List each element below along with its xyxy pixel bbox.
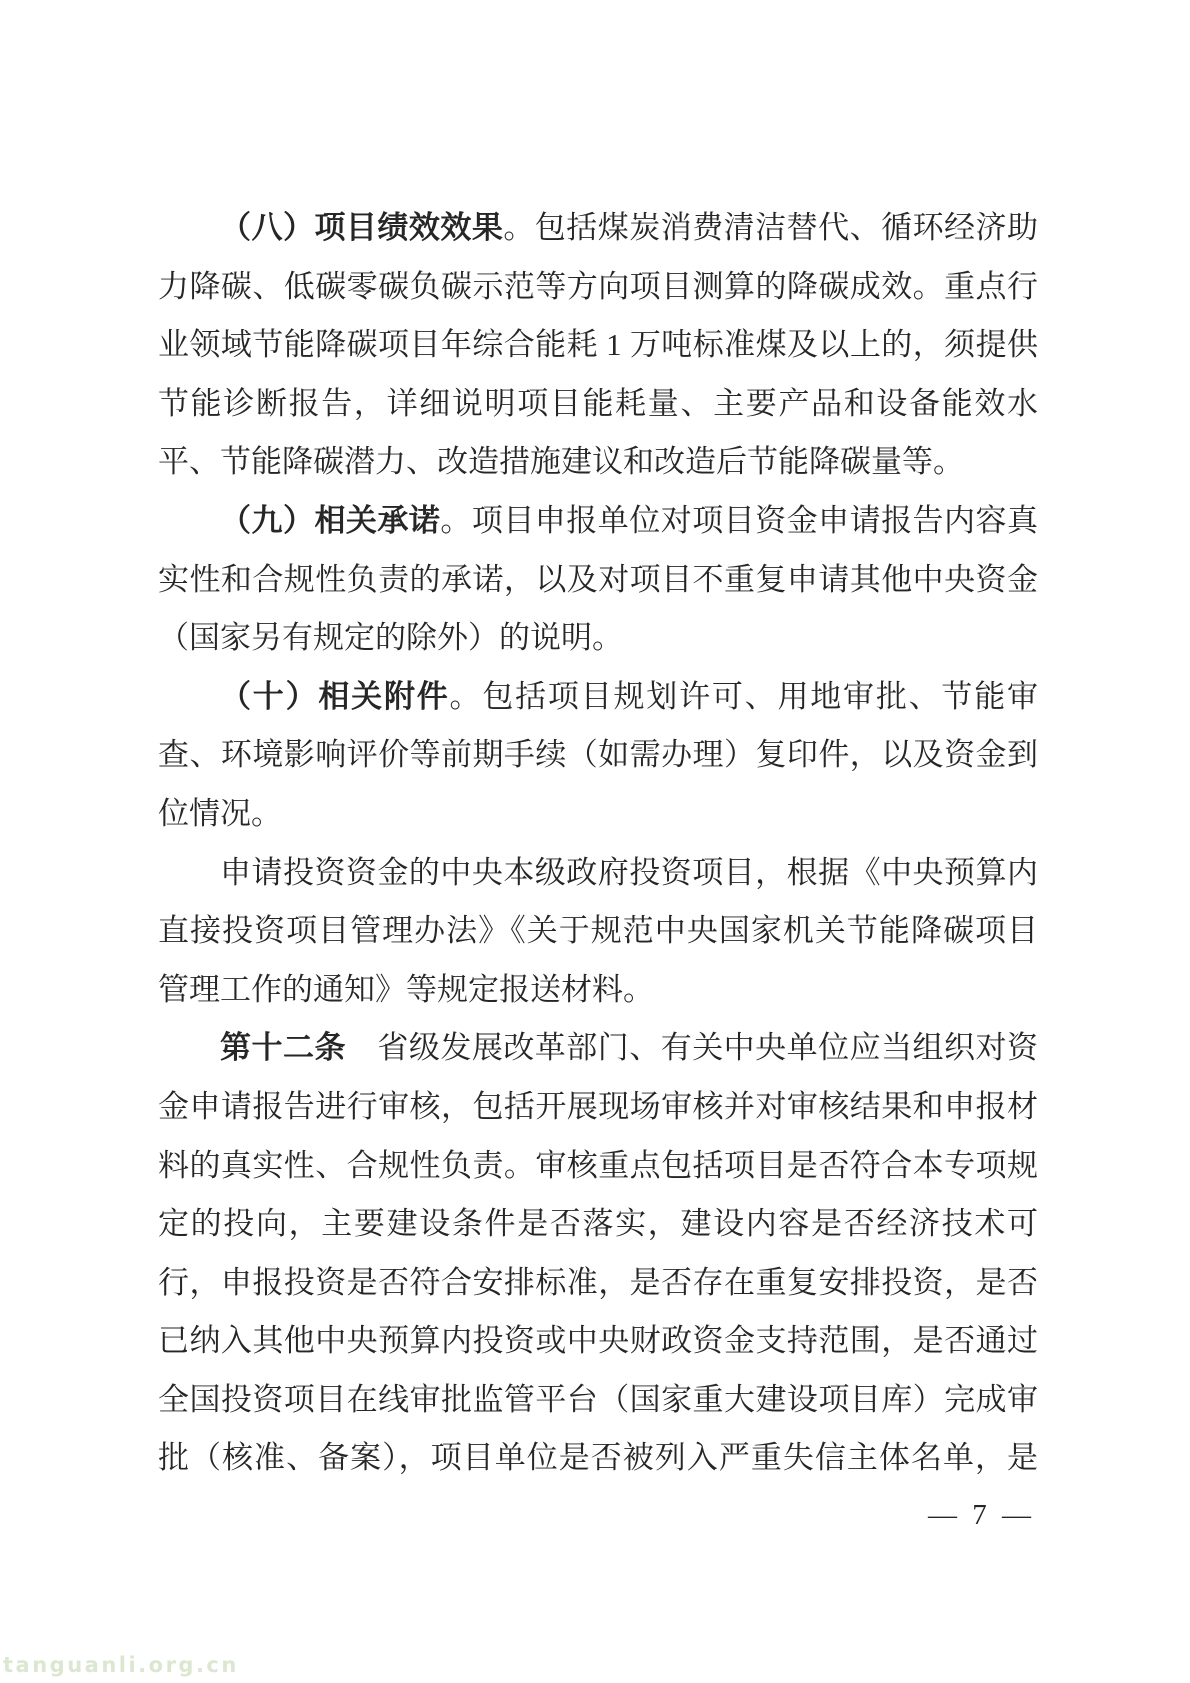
line-text: 申请投资资金的中央本级政府投资项目，根据《中央预算内 [220, 855, 1038, 890]
text-line: 料的真实性、合规性负责。审核重点包括项目是否符合本专项规 [158, 1137, 1038, 1196]
line-text: 省级发展改革部门、有关中央单位应当组织对资 [346, 1030, 1038, 1065]
line-text: 全国投资项目在线审批监管平台（国家重大建设项目库）完成审 [158, 1382, 1038, 1417]
text-line: 管理工作的通知》等规定报送材料。 [158, 961, 1038, 1020]
text-line: 实性和合规性负责的承诺，以及对项目不重复申请其他中央资金 [158, 551, 1038, 610]
text-line: 力降碳、低碳零碳负碳示范等方向项目测算的降碳成效。重点行 [158, 258, 1038, 317]
text-line: 全国投资项目在线审批监管平台（国家重大建设项目库）完成审 [158, 1371, 1038, 1430]
text-line: 业领域节能降碳项目年综合能耗 1 万吨标准煤及以上的，须提供 [158, 316, 1038, 375]
text-line: 金申请报告进行审核，包括开展现场审核并对审核结果和申报材 [158, 1078, 1038, 1137]
line-text: 。包括项目规划许可、用地审批、节能审 [450, 679, 1038, 714]
line-text: 节能诊断报告，详细说明项目能耗量、主要产品和设备能效水 [158, 386, 1038, 421]
line-text: 金申请报告进行审核，包括开展现场审核并对审核结果和申报材 [158, 1089, 1038, 1124]
text-line: 批（核准、备案），项目单位是否被列入严重失信主体名单，是 [158, 1429, 1038, 1488]
text-line: （九）相关承诺。项目申报单位对项目资金申请报告内容真 [158, 492, 1038, 551]
document-text: （八）项目绩效效果。包括煤炭消费清洁替代、循环经济助力降碳、低碳零碳负碳示范等方… [158, 199, 1038, 1488]
text-line: 直接投资项目管理办法》《关于规范中央国家机关节能降碳项目 [158, 902, 1038, 961]
text-line: 行，申报投资是否符合安排标准，是否存在重复安排投资，是否 [158, 1254, 1038, 1313]
text-line: 第十二条 省级发展改革部门、有关中央单位应当组织对资 [158, 1019, 1038, 1078]
text-line: （八）项目绩效效果。包括煤炭消费清洁替代、循环经济助 [158, 199, 1038, 258]
line-text: 查、环境影响评价等前期手续（如需办理）复印件，以及资金到 [158, 737, 1038, 772]
line-text: 已纳入其他中央预算内投资或中央财政资金支持范围，是否通过 [158, 1323, 1038, 1358]
line-text: （国家另有规定的除外）的说明。 [158, 620, 623, 655]
text-line: 申请投资资金的中央本级政府投资项目，根据《中央预算内 [158, 844, 1038, 903]
line-text: 管理工作的通知》等规定报送材料。 [158, 972, 654, 1007]
watermark: tanguanli.org.cn [3, 1653, 239, 1677]
bold-heading: （九）相关承诺 [220, 503, 440, 538]
line-text: 业领域节能降碳项目年综合能耗 1 万吨标准煤及以上的，须提供 [158, 327, 1038, 362]
text-line: 已纳入其他中央预算内投资或中央财政资金支持范围，是否通过 [158, 1312, 1038, 1371]
line-text: 批（核准、备案），项目单位是否被列入严重失信主体名单，是 [158, 1440, 1038, 1475]
line-text: 实性和合规性负责的承诺，以及对项目不重复申请其他中央资金 [158, 562, 1038, 597]
line-text: 料的真实性、合规性负责。审核重点包括项目是否符合本专项规 [158, 1148, 1038, 1183]
page-number: — 7 — [928, 1496, 1032, 1534]
line-text: 直接投资项目管理办法》《关于规范中央国家机关节能降碳项目 [158, 913, 1038, 948]
text-line: （十）相关附件。包括项目规划许可、用地审批、节能审 [158, 668, 1038, 727]
line-text: 定的投向，主要建设条件是否落实，建设内容是否经济技术可 [158, 1206, 1038, 1241]
text-line: （国家另有规定的除外）的说明。 [158, 609, 1038, 668]
line-text: 。项目申报单位对项目资金申请报告内容真 [440, 503, 1038, 538]
line-text: 力降碳、低碳零碳负碳示范等方向项目测算的降碳成效。重点行 [158, 269, 1038, 304]
bold-heading: （八）项目绩效效果 [220, 210, 503, 245]
text-line: 位情况。 [158, 785, 1038, 844]
text-line: 平、节能降碳潜力、改造措施建议和改造后节能降碳量等。 [158, 433, 1038, 492]
bold-heading: 第十二条 [220, 1030, 346, 1065]
text-line: 查、环境影响评价等前期手续（如需办理）复印件，以及资金到 [158, 726, 1038, 785]
text-line: 节能诊断报告，详细说明项目能耗量、主要产品和设备能效水 [158, 375, 1038, 434]
line-text: 。包括煤炭消费清洁替代、循环经济助 [503, 210, 1038, 245]
line-text: 位情况。 [158, 796, 282, 831]
text-line: 定的投向，主要建设条件是否落实，建设内容是否经济技术可 [158, 1195, 1038, 1254]
bold-heading: （十）相关附件 [220, 679, 450, 714]
line-text: 平、节能降碳潜力、改造措施建议和改造后节能降碳量等。 [158, 444, 964, 479]
line-text: 行，申报投资是否符合安排标准，是否存在重复安排投资，是否 [158, 1265, 1038, 1300]
